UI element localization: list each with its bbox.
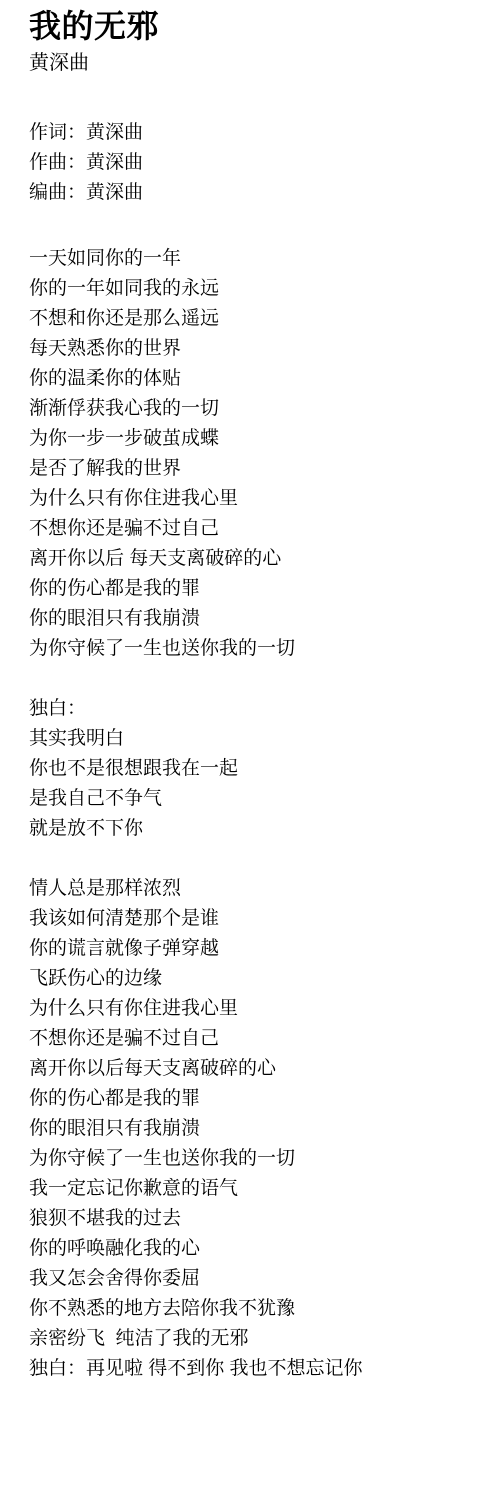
lyric-line: 就是放不下你: [29, 814, 480, 844]
lyric-line: 我该如何清楚那个是谁: [29, 904, 480, 934]
lyric-line: 不想和你还是那么遥远: [29, 304, 480, 334]
lyric-line: 你也不是很想跟我在一起: [29, 754, 480, 784]
lyrics-section: 一天如同你的一年你的一年如同我的永远不想和你还是那么遥远每天熟悉你的世界你的温柔…: [29, 244, 480, 1384]
lyric-line: 其实我明白: [29, 724, 480, 754]
lyrics-block-3: 情人总是那样浓烈我该如何清楚那个是谁你的谎言就像子弹穿越飞跃伤心的边缘为什么只有…: [29, 874, 480, 1384]
lyric-line: 飞跃伤心的边缘: [29, 964, 480, 994]
lyric-line: 你的一年如同我的永远: [29, 274, 480, 304]
artist-name: 黄深曲: [29, 48, 480, 78]
credit-line: 作词：黄深曲: [29, 118, 480, 148]
lyrics-block-1: 一天如同你的一年你的一年如同我的永远不想和你还是那么遥远每天熟悉你的世界你的温柔…: [29, 244, 480, 664]
lyric-line: 情人总是那样浓烈: [29, 874, 480, 904]
lyric-line: 每天熟悉你的世界: [29, 334, 480, 364]
lyric-line: 离开你以后每天支离破碎的心: [29, 1054, 480, 1084]
lyric-line: 你的伤心都是我的罪: [29, 574, 480, 604]
lyric-line: 你的眼泪只有我崩溃: [29, 604, 480, 634]
lyric-line: 你的温柔你的体贴: [29, 364, 480, 394]
lyric-line: 你的眼泪只有我崩溃: [29, 1114, 480, 1144]
lyric-line: 亲密纷飞 纯洁了我的无邪: [29, 1324, 480, 1354]
lyric-line: 不想你还是骗不过自己: [29, 1024, 480, 1054]
lyric-line: 为什么只有你住进我心里: [29, 484, 480, 514]
lyric-line: 为你守候了一生也送你我的一切: [29, 1144, 480, 1174]
credit-line: 作曲：黄深曲: [29, 148, 480, 178]
lyric-line: 一天如同你的一年: [29, 244, 480, 274]
lyrics-block-2: 独白：其实我明白你也不是很想跟我在一起是我自己不争气就是放不下你: [29, 694, 480, 844]
lyric-line: 独白：: [29, 694, 480, 724]
lyric-line: 为什么只有你住进我心里: [29, 994, 480, 1024]
lyric-line: 离开你以后 每天支离破碎的心: [29, 544, 480, 574]
lyrics-document: 我的无邪 黄深曲 作词：黄深曲作曲：黄深曲编曲：黄深曲 一天如同你的一年你的一年…: [0, 0, 500, 1510]
song-title: 我的无邪: [29, 6, 480, 46]
lyric-line: 独白：再见啦 得不到你 我也不想忘记你: [29, 1354, 480, 1384]
lyric-line: 你不熟悉的地方去陪你我不犹豫: [29, 1294, 480, 1324]
lyric-line: 是我自己不争气: [29, 784, 480, 814]
credits-section: 作词：黄深曲作曲：黄深曲编曲：黄深曲: [29, 118, 480, 208]
lyric-line: 我一定忘记你歉意的语气: [29, 1174, 480, 1204]
credit-line: 编曲：黄深曲: [29, 178, 480, 208]
lyric-line: 为你守候了一生也送你我的一切: [29, 634, 480, 664]
lyric-line: 你的谎言就像子弹穿越: [29, 934, 480, 964]
lyric-line: 狼狈不堪我的过去: [29, 1204, 480, 1234]
lyric-line: 你的呼唤融化我的心: [29, 1234, 480, 1264]
lyric-line: 我又怎会舍得你委屈: [29, 1264, 480, 1294]
lyric-line: 渐渐俘获我心我的一切: [29, 394, 480, 424]
lyric-line: 你的伤心都是我的罪: [29, 1084, 480, 1114]
lyric-line: 不想你还是骗不过自己: [29, 514, 480, 544]
lyric-line: 是否了解我的世界: [29, 454, 480, 484]
lyric-line: 为你一步一步破茧成蝶: [29, 424, 480, 454]
